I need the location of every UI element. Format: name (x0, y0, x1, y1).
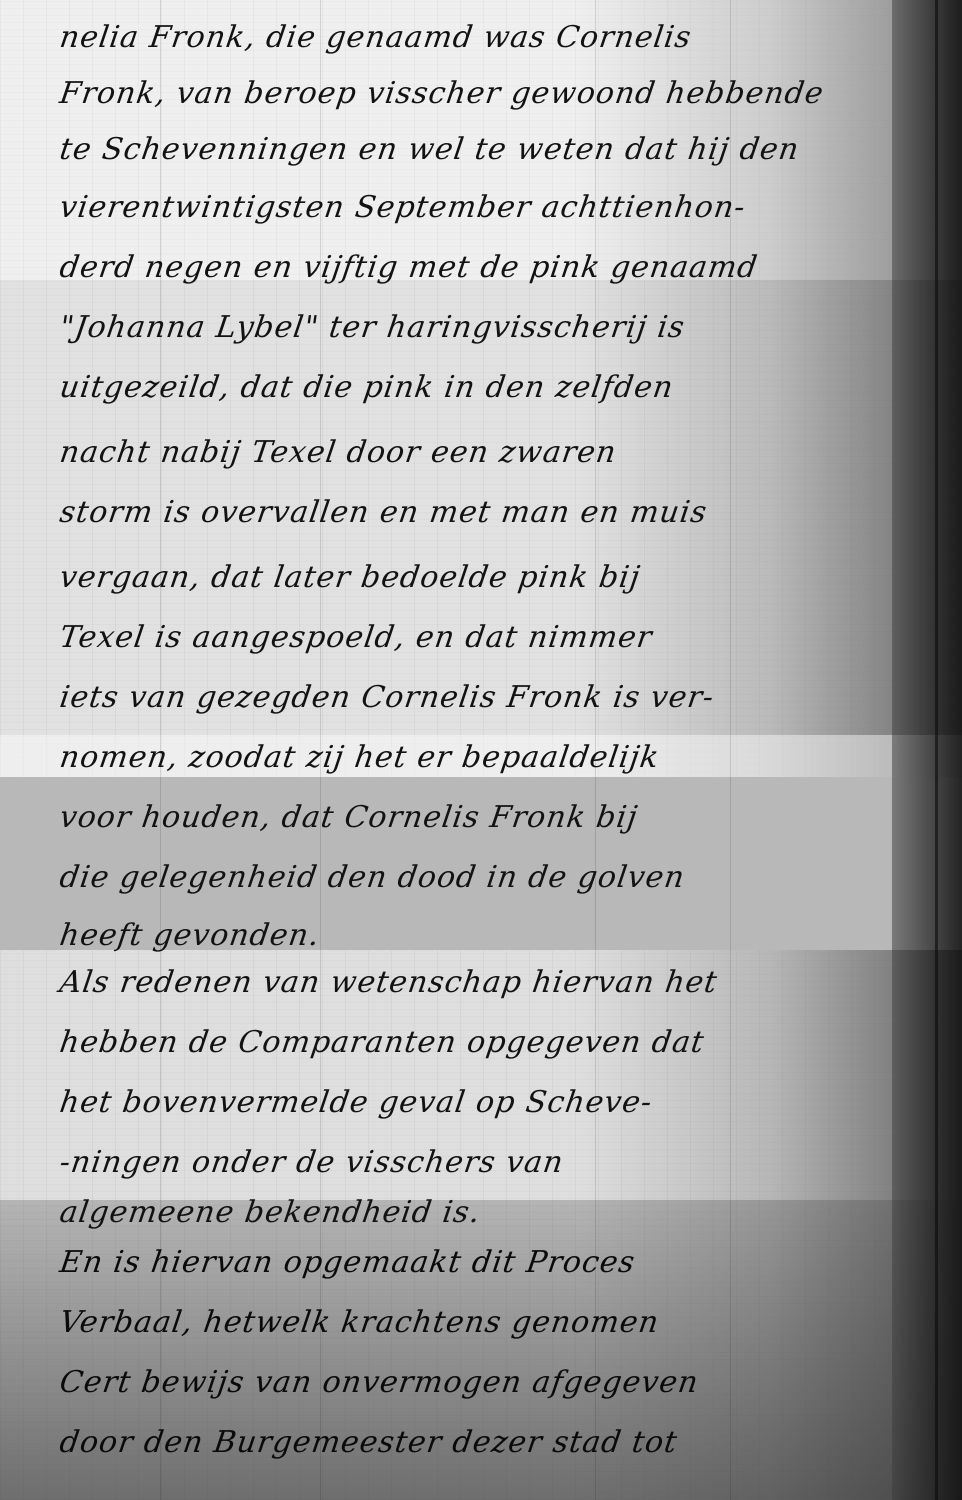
handwritten-line: "Johanna Lybel" ter haringvisscherij is (58, 310, 913, 345)
handwritten-line: En is hiervan opgemaakt dit Proces (58, 1245, 913, 1280)
handwritten-line: het bovenvermelde geval op Scheve- (58, 1085, 913, 1120)
handwritten-line: vierentwintigsten September achttienhon- (58, 190, 913, 225)
handwritten-line: Texel is aangespoeld, en dat nimmer (58, 620, 913, 655)
handwritten-line: voor houden, dat Cornelis Fronk bij (58, 800, 913, 835)
handwritten-line: vergaan, dat later bedoelde pink bij (58, 560, 913, 595)
handwritten-line: uitgezeild, dat die pink in den zelfden (58, 370, 913, 405)
handwritten-line: Cert bewijs van onvermogen afgegeven (58, 1365, 913, 1400)
handwritten-line: nacht nabij Texel door een zwaren (58, 435, 913, 470)
handwritten-line: -ningen onder de visschers van (58, 1145, 913, 1180)
handwritten-line: derd negen en vijftig met de pink genaam… (58, 250, 913, 285)
handwritten-line: storm is overvallen en met man en muis (58, 495, 913, 530)
handwritten-line: Als redenen van wetenschap hiervan het (58, 965, 913, 1000)
handwritten-line: nomen, zoodat zij het er bepaaldelijk (58, 740, 913, 775)
page-fold-line (935, 0, 938, 1500)
handwritten-line: nelia Fronk, die genaamd was Cornelis (58, 20, 913, 55)
handwritten-line: hebben de Comparanten opgegeven dat (58, 1025, 913, 1060)
handwritten-line: algemeene bekendheid is. (58, 1195, 913, 1230)
handwritten-line: Verbaal, hetwelk krachtens genomen (58, 1305, 913, 1340)
handwritten-line: Fronk, van beroep visscher gewoond hebbe… (58, 76, 913, 111)
handwritten-line: heeft gevonden. (58, 918, 913, 953)
handwritten-line: door den Burgemeester dezer stad tot (58, 1425, 913, 1460)
handwritten-line: die gelegenheid den dood in de golven (58, 860, 913, 895)
document-page: nelia Fronk, die genaamd was Cornelis Fr… (0, 0, 962, 1500)
handwritten-line: iets van gezegden Cornelis Fronk is ver- (58, 680, 913, 715)
handwritten-line: te Schevenningen en wel te weten dat hij… (58, 132, 913, 167)
